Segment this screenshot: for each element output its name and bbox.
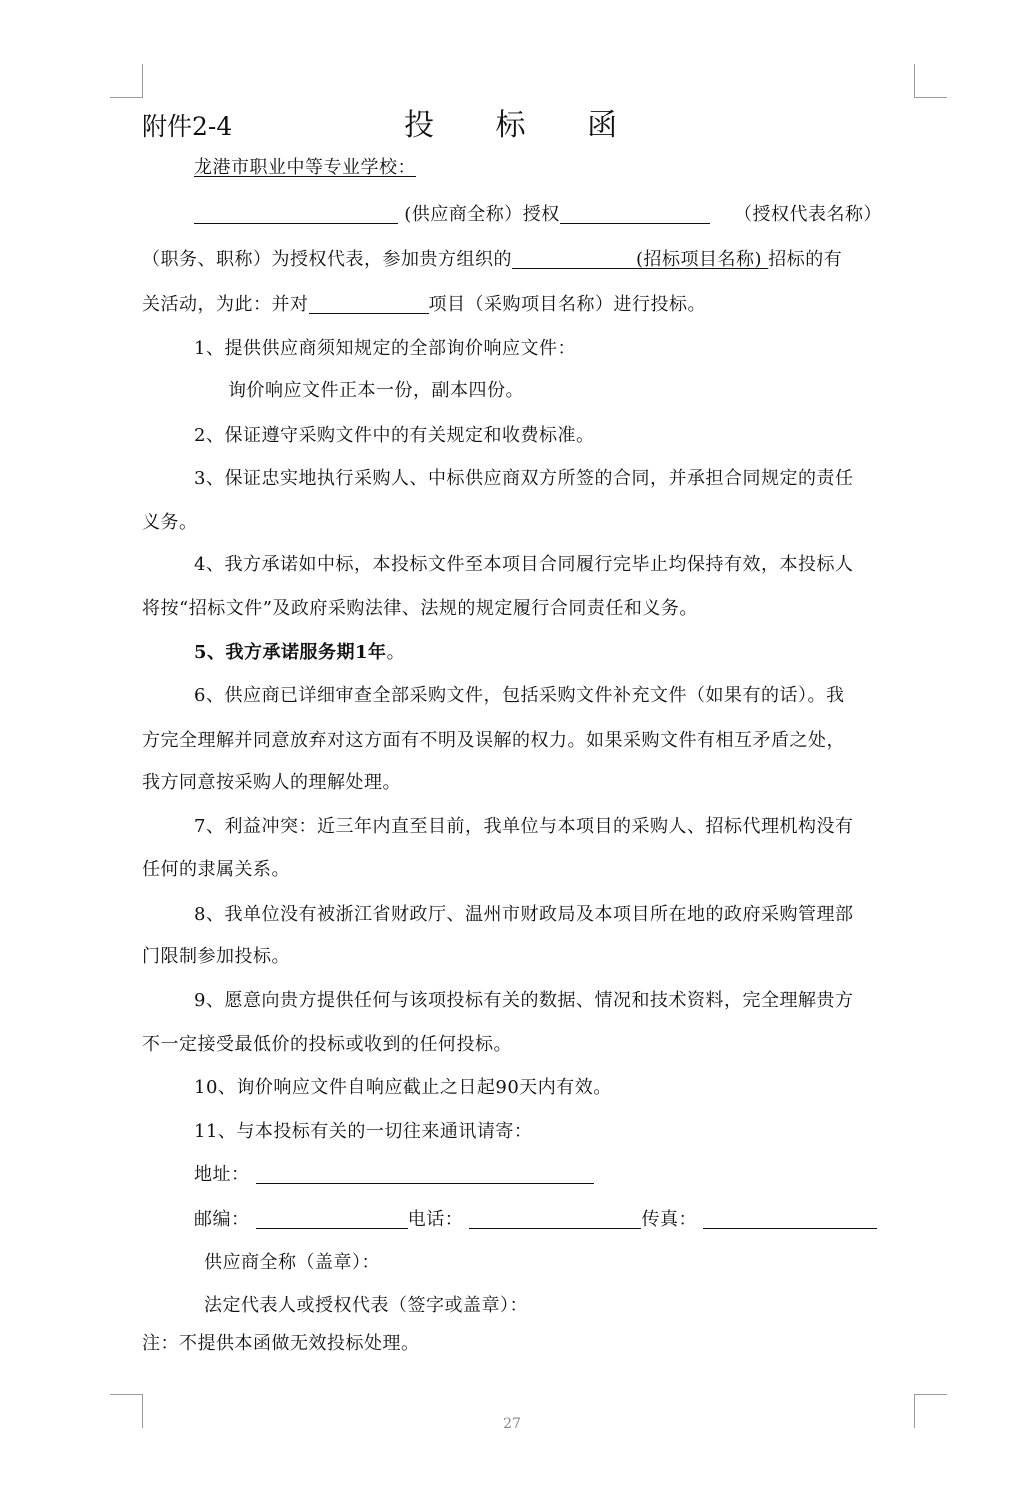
intro-text: 关活动，为此：并对: [142, 294, 309, 315]
clause-1: 1、提供供应商须知规定的全部询价响应文件：: [194, 337, 576, 361]
attachment-label: 附件2-4: [142, 110, 232, 144]
clause-6-line-2: 方完全理解并同意放弃对这方面有不明及误解的权力。如果采购文件有相互矛盾之处，: [142, 729, 845, 753]
intro-text: (供应商全称）授权: [404, 204, 560, 225]
intro-line-3: 关活动，为此：并对项目（采购项目名称）进行投标。: [142, 293, 706, 317]
supplier-seal-line: 供应商全称（盖章）：: [204, 1251, 380, 1275]
purchase-project-blank[interactable]: [309, 293, 429, 314]
intro-line-2: （职务、职称）为授权代表，参加贵方组织的(招标项目名称) 招标的有: [142, 248, 842, 272]
postcode-label: 邮编：: [194, 1209, 250, 1230]
clause-2: 2、保证遵守采购文件中的有关规定和收费标准。: [194, 424, 594, 448]
clause-3-line-1: 3、保证忠实地执行采购人、中标供应商双方所签的合同，并承担合同规定的责任: [194, 467, 853, 491]
fax-field[interactable]: [703, 1208, 877, 1229]
clause-8-line-1: 8、我单位没有被浙江省财政厅、温州市财政局及本项目所在地的政府采购管理部: [194, 903, 853, 927]
address-row: 地址：: [194, 1163, 594, 1187]
postcode-field[interactable]: [256, 1208, 408, 1229]
intro-line-1: (供应商全称）授权 （授权代表名称）: [194, 203, 882, 227]
clause-11: 11、与本投标有关的一切往来通讯请寄：: [194, 1120, 532, 1144]
supplier-name-blank[interactable]: [194, 203, 398, 224]
margin-corner-top-right: [914, 64, 947, 98]
intro-text: 项目（采购项目名称）进行投标。: [429, 294, 707, 315]
clause-4-line-1: 4、我方承诺如中标，本投标文件至本项目合同履行完毕止均保持有效，本投标人: [194, 553, 853, 577]
intro-text: （职务、职称）为授权代表，参加贵方组织的: [142, 249, 512, 270]
clause-5: 5、我方承诺服务期1年。: [194, 641, 405, 665]
clause-1-sub: 询价响应文件正本一份，副本四份。: [228, 379, 524, 403]
clause-5-period: 。: [387, 642, 406, 663]
page-number: 27: [0, 1416, 1024, 1432]
address-field[interactable]: [256, 1163, 594, 1184]
clause-4-line-2: 将按“招标文件”及政府采购法律、法规的规定履行合同责任和义务。: [142, 597, 698, 621]
clause-10: 10、询价响应文件自响应截止之日起90天内有效。: [194, 1076, 612, 1100]
margin-corner-top-left: [110, 64, 143, 98]
clause-3-line-2: 义务。: [142, 511, 198, 535]
note: 注：不提供本函做无效投标处理。: [142, 1332, 420, 1356]
clause-8-line-2: 门限制参加投标。: [142, 945, 290, 969]
representative-signature-line: 法定代表人或授权代表（签字或盖章）：: [204, 1294, 528, 1318]
phone-field[interactable]: [469, 1208, 641, 1229]
project-name-hint: (招标项目名称): [636, 249, 762, 270]
intro-text: 招标的有: [768, 249, 842, 270]
clause-6-line-1: 6、供应商已详细审查全部采购文件，包括采购文件补充文件（如果有的话）。我: [194, 684, 844, 708]
project-name-blank[interactable]: [512, 248, 636, 269]
address-label: 地址：: [194, 1164, 250, 1185]
clause-6-line-3: 我方同意按采购人的理解处理。: [142, 771, 401, 795]
recipient: 龙港市职业中等专业学校：: [194, 156, 416, 180]
clause-7-line-1: 7、利益冲突：近三年内直至目前，我单位与本项目的采购人、招标代理机构没有: [194, 815, 853, 839]
contact-row: 邮编： 电话： 传真：: [194, 1208, 877, 1232]
phone-label: 电话：: [408, 1209, 464, 1230]
page-title: 投 标 函: [404, 106, 643, 146]
intro-text: （授权代表名称）: [734, 204, 882, 225]
clause-5-text: 5、我方承诺服务期1年: [194, 642, 387, 663]
fax-label: 传真：: [641, 1209, 697, 1230]
representative-name-blank[interactable]: [560, 203, 710, 224]
clause-9-line-2: 不一定接受最低价的投标或收到的任何投标。: [142, 1033, 512, 1057]
clause-9-line-1: 9、愿意向贵方提供任何与该项投标有关的数据、情况和技术资料，完全理解贵方: [194, 989, 853, 1013]
clause-7-line-2: 任何的隶属关系。: [142, 858, 290, 882]
